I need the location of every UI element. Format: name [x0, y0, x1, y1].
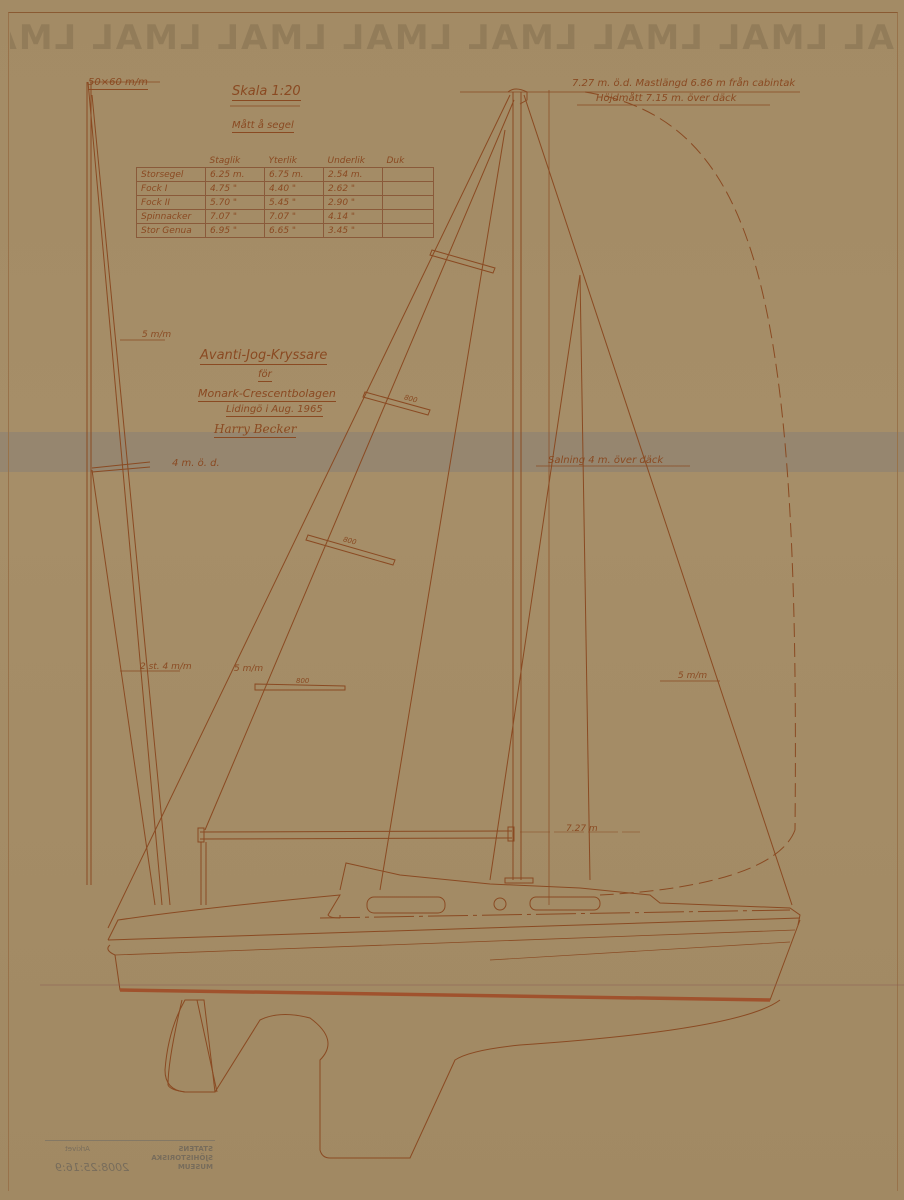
- yterlik-value: 4.40 ": [265, 182, 324, 196]
- yterlik-value: 7.07 ": [265, 210, 324, 224]
- jib-luff: [380, 130, 505, 890]
- height-over-deck-annotation: Höjdmått 7.15 m. över däck: [596, 93, 736, 104]
- column-header: Yterlik: [265, 155, 324, 168]
- duk-value: [383, 182, 434, 196]
- sail-name: Stor Genua: [137, 224, 206, 238]
- boom-length-label: 7.27 m: [566, 824, 598, 834]
- table-row: Fock I 4.75 " 4.40 " 2.62 ": [137, 182, 434, 196]
- stamp-inventory-number: 2008:25:16:9: [55, 1161, 129, 1174]
- sail-name: Fock I: [137, 182, 206, 196]
- sail-name: Fock II: [137, 196, 206, 210]
- backstay-label: 5 m/m: [678, 671, 707, 681]
- column-header: Duk: [383, 155, 434, 168]
- lower-shroud-label: 2 st. 4 m/m: [140, 662, 192, 672]
- stamp-line: SJÖHISTORISKA: [151, 1154, 213, 1163]
- title-for: för: [258, 369, 272, 382]
- forestay-label: 5 m/m: [234, 664, 263, 674]
- mast-profile-label: 50×60 m/m: [88, 77, 148, 90]
- underlik-value: 2.54 m.: [324, 168, 383, 182]
- table-row: Spinnacker 7.07 " 7.07 " 4.14 ": [137, 210, 434, 224]
- underlik-value: 2.90 ": [324, 196, 383, 210]
- table-row: Storsegel 6.25 m. 6.75 m. 2.54 m.: [137, 168, 434, 182]
- yterlik-value: 6.75 m.: [265, 168, 324, 182]
- duk-value: [383, 168, 434, 182]
- underlik-value: 4.14 ": [324, 210, 383, 224]
- jib-leech: [490, 275, 580, 880]
- underlik-value: 3.45 ": [324, 224, 383, 238]
- duk-value: [383, 196, 434, 210]
- boot-top-stripe: [120, 990, 770, 1000]
- stamp-line: STATENS: [151, 1145, 213, 1154]
- table-row: Stor Genua 6.95 " 6.65 " 3.45 ": [137, 224, 434, 238]
- sail-dimensions-table: Staglik Yterlik Underlik Duk Storsegel 6…: [136, 155, 434, 238]
- spreader-height-label: Salning 4 m. över däck: [548, 455, 663, 466]
- batten-length-label: 800: [296, 677, 309, 685]
- sail-table-heading: Mått å segel: [232, 120, 294, 133]
- staglik-value: 6.25 m.: [206, 168, 265, 182]
- column-header: [137, 155, 206, 168]
- column-header: Staglik: [206, 155, 265, 168]
- mast-height-annotation: 7.27 m. ö.d. Mastlängd 6.86 m från cabin…: [572, 78, 795, 89]
- staglik-value: 5.70 ": [206, 196, 265, 210]
- boat-title: Avanti-Jog-Kryssare: [200, 348, 327, 365]
- table-row: Fock II 5.70 " 5.45 " 2.90 ": [137, 196, 434, 210]
- backstay: [524, 95, 792, 905]
- sail-name: Storsegel: [137, 168, 206, 182]
- designer-signature: Harry Becker: [214, 422, 296, 438]
- mast: [505, 89, 533, 883]
- keel: [168, 1000, 780, 1158]
- client-name: Monark-Crescentbolagen: [198, 387, 336, 402]
- staglik-value: 7.07 ": [206, 210, 265, 224]
- table-header-row: Staglik Yterlik Underlik Duk: [137, 155, 434, 168]
- place-date: Lidingö i Aug. 1965: [226, 404, 323, 417]
- battens: [255, 250, 495, 690]
- sail-name: Spinnacker: [137, 210, 206, 224]
- underlik-value: 2.62 ": [324, 182, 383, 196]
- upper-shroud-label: 5 m/m: [142, 330, 171, 340]
- staglik-value: 4.75 ": [206, 182, 265, 196]
- yterlik-value: 6.65 ": [265, 224, 324, 238]
- lower-spreader-label: 4 m. ö. d.: [172, 458, 220, 469]
- scale-label: Skala 1:20: [232, 84, 301, 101]
- duk-value: [383, 210, 434, 224]
- staglik-value: 6.95 ": [206, 224, 265, 238]
- stamp-line: MUSEUM: [151, 1163, 213, 1172]
- boom: [198, 827, 514, 905]
- duk-value: [383, 224, 434, 238]
- yterlik-value: 5.45 ": [265, 196, 324, 210]
- column-header: Underlik: [324, 155, 383, 168]
- stamp-archive-label: Arkivet: [65, 1145, 90, 1153]
- museum-stamp: STATENS SJÖHISTORISKA MUSEUM Arkivet 200…: [45, 1140, 215, 1181]
- hull: [108, 863, 800, 1000]
